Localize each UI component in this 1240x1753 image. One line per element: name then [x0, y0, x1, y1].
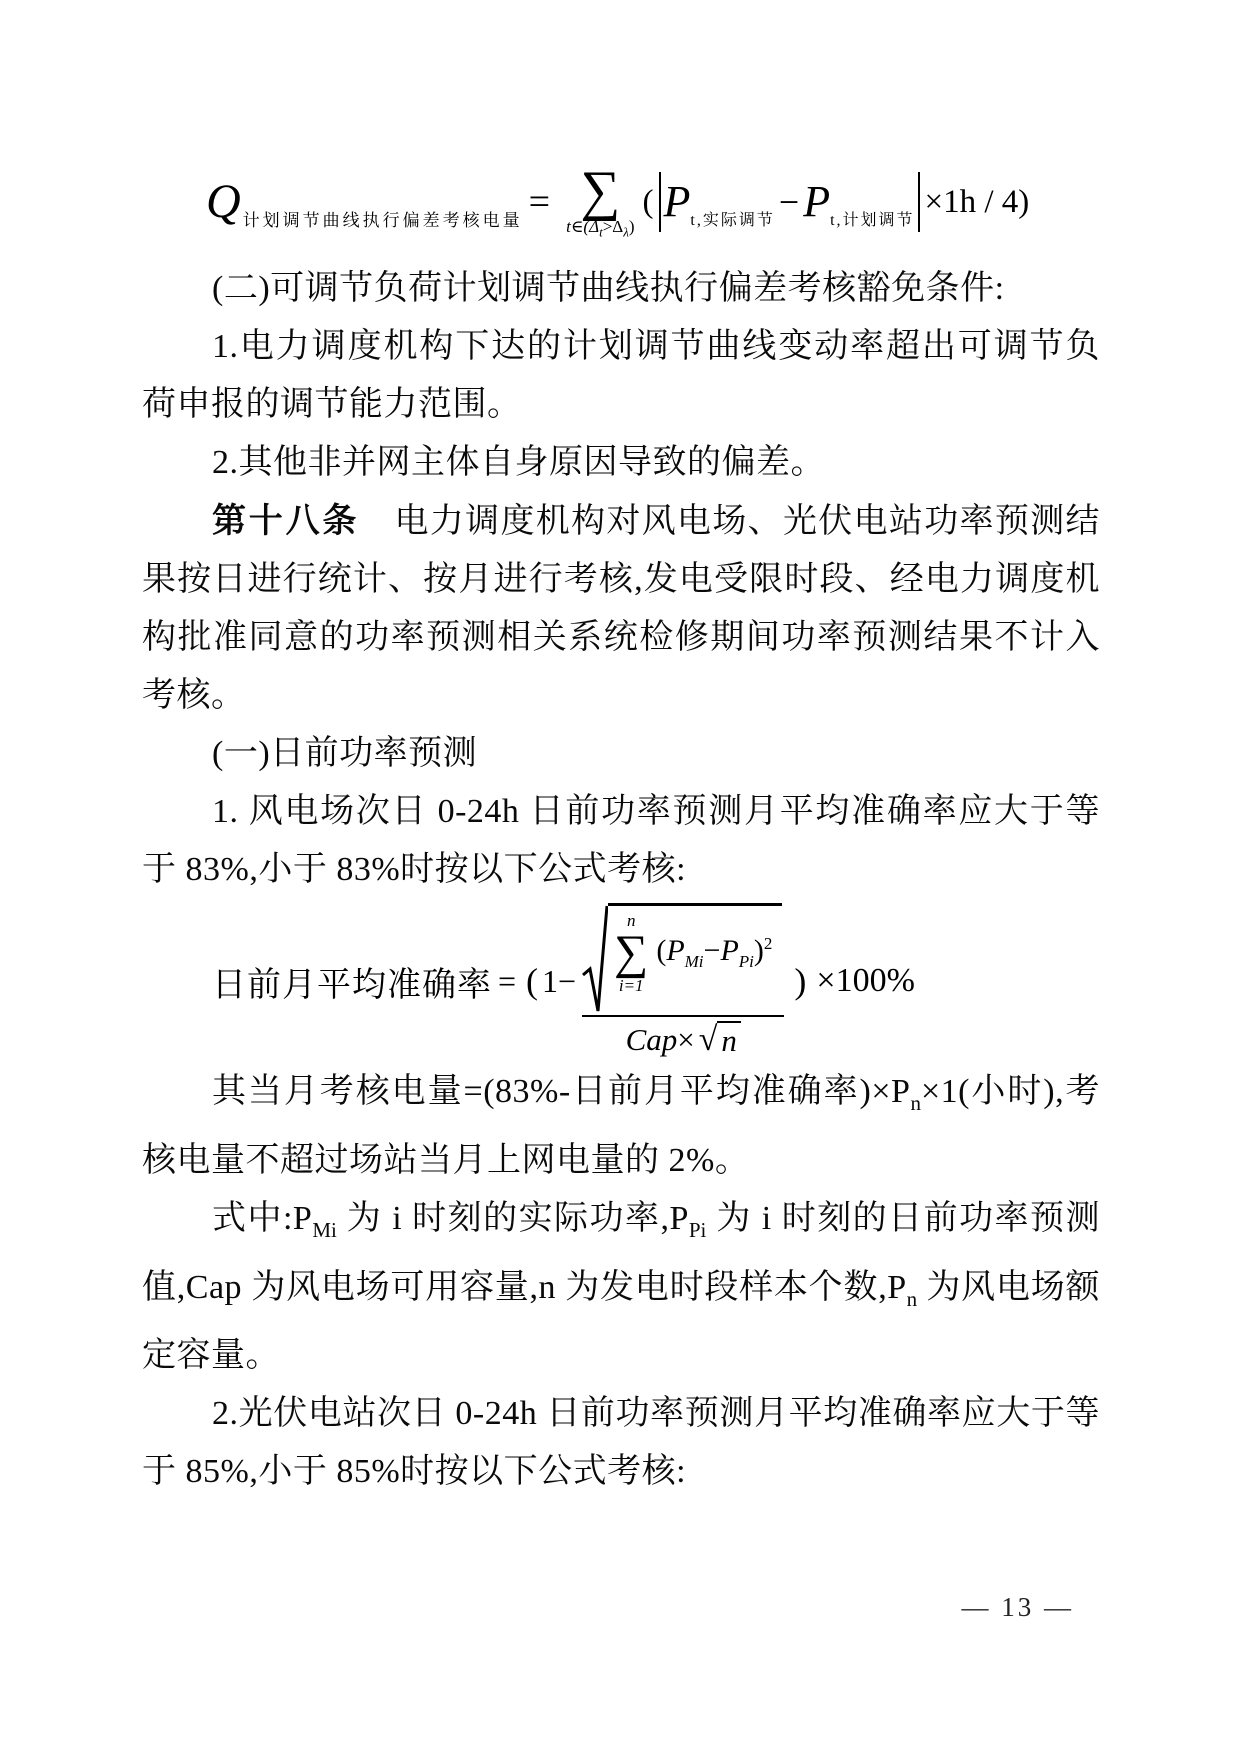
summation-lower-limit: t∈(Δt>Δλ) — [566, 218, 634, 240]
open-paren: ( — [643, 184, 654, 221]
summation-group: ∑ t∈(Δt>Δλ) — [566, 165, 634, 240]
paragraph-symbol-definitions: 式中:PMi 为 i 时刻的实际功率,PPi 为 i 时刻的日前功率预测值,Ca… — [142, 1190, 1100, 1386]
q-symbol: Q — [206, 178, 241, 226]
equals-sign: = — [529, 180, 550, 224]
p-pi-subscript: Pi — [689, 1218, 707, 1242]
page-number: — 13 — — [962, 1592, 1075, 1623]
p-planned-group: P t,计划调节 — [803, 180, 914, 224]
fraction-numerator: n ∑ i=1 (PMi−PPi)2 — [582, 903, 784, 1017]
p-n-subscript: n — [907, 1286, 918, 1310]
article-18-label: 第十八条 — [212, 502, 359, 540]
paragraph-dayahead-heading: (一)日前功率预测 — [142, 725, 1100, 783]
one-minus: 1− — [542, 963, 576, 1000]
paragraph-exemption-heading: (二)可调节负荷计划调节曲线执行偏差考核豁免条件: — [142, 260, 1100, 318]
assessment-text-1: 其当月考核电量=(83%-日前月平均准确率)×P — [212, 1073, 910, 1110]
where-text-1: 式中:P — [212, 1200, 312, 1237]
fraction: n ∑ i=1 (PMi−PPi)2 Cap × √ n — [582, 903, 784, 1059]
p-symbol: P — [803, 180, 830, 224]
formula-q-group: Q 计划调节曲线执行偏差考核电量 — [206, 178, 523, 226]
squared-difference-expression: (PMi−PPi)2 — [656, 934, 772, 972]
p-symbol: P — [664, 180, 691, 224]
paragraph-exemption-item1: 1.电力调度机构下达的计划调节曲线变动率超出可调节负荷申报的调节能力范围。 — [142, 318, 1100, 434]
sigma-symbol: ∑ — [580, 165, 620, 218]
times-100-percent: ×100% — [816, 962, 915, 1000]
paragraph-monthly-assessment: 其当月考核电量=(83%-日前月平均准确率)×Pn×1(小时),考核电量不超过场… — [142, 1063, 1100, 1190]
formula-dayahead-accuracy: 日前月平均准确率 = ( 1− n ∑ i=1 (PMi−PPi)2 — [212, 903, 1100, 1059]
radicand: n ∑ i=1 (PMi−PPi)2 — [608, 903, 782, 996]
close-paren: ) — [794, 960, 806, 1002]
open-paren: ( — [526, 960, 538, 1002]
n-symbol: n — [717, 1021, 741, 1059]
where-text-2: 为 i 时刻的实际功率,P — [337, 1200, 689, 1237]
formula-tail: ×1h / 4) — [925, 184, 1030, 221]
radical-sign-icon — [582, 903, 608, 1015]
times-sign: × — [677, 1022, 694, 1058]
abs-bar-left — [659, 172, 661, 232]
summation-group: n ∑ i=1 — [614, 912, 648, 994]
paragraph-wind-accuracy: 1. 风电场次日 0-24h 日前功率预测月平均准确率应大于等于 83%,小于 … — [142, 783, 1100, 899]
p-actual-group: P t,实际调节 — [664, 180, 775, 224]
summation-lower-limit: i=1 — [619, 977, 644, 994]
p-actual-subscript: t,实际调节 — [690, 207, 774, 230]
minus-sign: − — [779, 181, 799, 223]
accuracy-label: 日前月平均准确率 — [212, 957, 492, 1006]
p-planned-subscript: t,计划调节 — [830, 207, 914, 230]
fraction-denominator: Cap × √ n — [626, 1017, 741, 1059]
paragraph-pv-accuracy: 2.光伏电站次日 0-24h 日前功率预测月平均准确率应大于等于 85%,小于 … — [142, 1385, 1100, 1501]
paragraph-exemption-item2: 2.其他非并网主体自身原因导致的偏差。 — [142, 434, 1100, 492]
document-page: Q 计划调节曲线执行偏差考核电量 = ∑ t∈(Δt>Δλ) ( P t,实际调… — [0, 0, 1240, 1753]
p-mi-subscript: Mi — [312, 1218, 337, 1242]
sigma-symbol: ∑ — [614, 929, 648, 977]
abs-bar-right — [918, 172, 920, 232]
page-body: Q 计划调节曲线执行偏差考核电量 = ∑ t∈(Δt>Δλ) ( P t,实际调… — [142, 150, 1100, 1501]
formula-plan-deviation-energy: Q 计划调节曲线执行偏差考核电量 = ∑ t∈(Δt>Δλ) ( P t,实际调… — [206, 150, 1100, 254]
cap-symbol: Cap — [626, 1022, 678, 1058]
radical-sign-small: √ — [699, 1021, 718, 1059]
q-subscript: 计划调节曲线执行偏差考核电量 — [243, 206, 523, 231]
p-n-subscript: n — [910, 1091, 921, 1115]
paragraph-article-18: 第十八条 电力调度机构对风电场、光伏电站功率预测结果按日进行统计、按月进行考核,… — [142, 492, 1100, 725]
equals-sign: = — [498, 963, 516, 1000]
